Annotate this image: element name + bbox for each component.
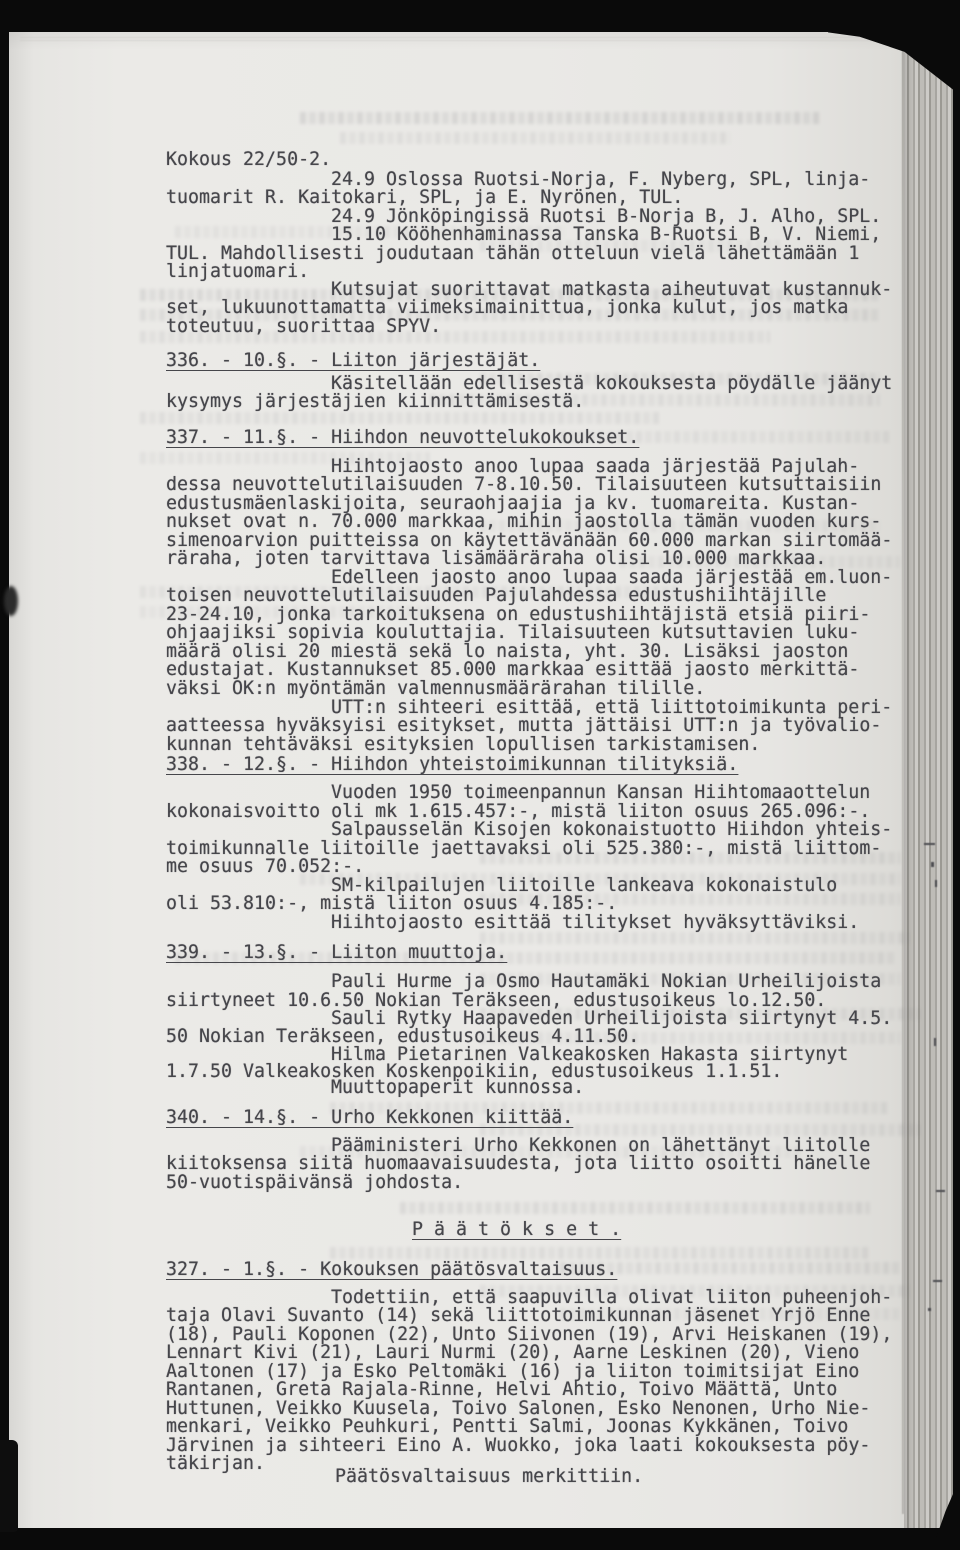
- text-line: Salpausselän Kisojen kokonaistuotto Hiih…: [331, 820, 892, 839]
- text-line: Vuoden 1950 toimeenpannun Kansan Hiihtom…: [331, 783, 870, 802]
- section-heading: 339. - 13.§. - Liiton muuttoja.: [166, 943, 507, 962]
- text-line: set, lukuunottamatta viimeksimainittua, …: [166, 298, 848, 317]
- text-line: 50-vuotispäivänsä johdosta.: [166, 1173, 463, 1192]
- text-line: taja Olavi Suvanto (14) sekä liittotoimi…: [166, 1306, 870, 1325]
- text-line: me osuus 70.052:-.: [166, 857, 364, 876]
- text-line: menkari, Veikko Peuhkuri, Pentti Salmi, …: [166, 1417, 848, 1436]
- text-line: Muuttopaperit kunnossa.: [331, 1078, 584, 1097]
- section-heading: 338. - 12.§. - Hiihdon yhteistoimikunnan…: [166, 755, 738, 774]
- text-line: ohjaajiksi sopivia kouluttajia. Tilaisuu…: [166, 623, 859, 642]
- text-line: toteutuu, suorittaa SPYV.: [166, 317, 441, 336]
- text-line: edustajat. Kustannukset 85.000 markkaa e…: [166, 660, 859, 679]
- text-line: kiitoksensa siitä huomaavaisuudesta, jot…: [166, 1154, 870, 1173]
- text-layer: Kokous 22/50-2.24.9 Oslossa Ruotsi-Norja…: [0, 0, 960, 1550]
- text-line: nukset ovat n. 70.000 markkaa, mihin jao…: [166, 512, 881, 531]
- text-line: Järvinen ja sihteeri Eino A. Wuokko, jok…: [166, 1436, 870, 1455]
- text-line: väksi OK:n myöntämän valmennusmäärärahan…: [166, 679, 705, 698]
- text-line: täkirjan.: [166, 1454, 265, 1473]
- text-line: aatteessa hyväksyisi esitykset, mutta jä…: [166, 716, 881, 735]
- scanned-document-page: Kokous 22/50-2.24.9 Oslossa Ruotsi-Norja…: [0, 0, 960, 1550]
- text-line: Lennart Kivi (21), Lauri Nurmi (20), Aar…: [166, 1343, 859, 1362]
- text-line: räraha, joten tarvittava lisämääräraha o…: [166, 549, 826, 568]
- text-line: kunnan tehtäväksi esityksien lopullisen …: [166, 735, 760, 754]
- text-line: dessa neuvottelutilaisuuden 7-8.10.50. T…: [166, 475, 881, 494]
- text-line: linjatuomari.: [166, 262, 309, 281]
- text-line: oli 53.810:-, mistä liiton osuus 4.185:-…: [166, 894, 617, 913]
- section-heading: 337. - 11.§. - Hiihdon neuvottelukokouks…: [166, 428, 639, 447]
- text-line: Hiihtojaosto esittää tilitykset hyväksyt…: [331, 913, 859, 932]
- section-heading: 327. - 1.§. - Kokouksen päätösvaltaisuus…: [166, 1260, 617, 1279]
- text-line: kysymys järjestäjien kiinnittämisestä.: [166, 392, 584, 411]
- text-line: 15.10 Kööhenhaminassa Tanska B-Ruotsi B,…: [331, 225, 881, 244]
- section-heading: 336. - 10.§. - Liiton järjestäjät.: [166, 351, 540, 370]
- document-title: Kokous 22/50-2.: [166, 150, 331, 169]
- section-heading: 340. - 14.§. - Urho Kekkonen kiittää.: [166, 1108, 573, 1127]
- text-line: Pauli Hurme ja Osmo Hautamäki Nokian Urh…: [331, 972, 881, 991]
- text-line: Päätösvaltaisuus merkittiin.: [335, 1467, 643, 1486]
- text-line: Rantanen, Greta Rajala-Rinne, Helvi Ahti…: [166, 1380, 837, 1399]
- section-heading: P ä ä t ö k s e t .: [412, 1220, 621, 1239]
- text-line: tuomarit R. Kaitokari, SPL, ja E. Nyröne…: [166, 188, 683, 207]
- text-line: toisen neuvottelutilaisuuden Pajulahdess…: [166, 586, 826, 605]
